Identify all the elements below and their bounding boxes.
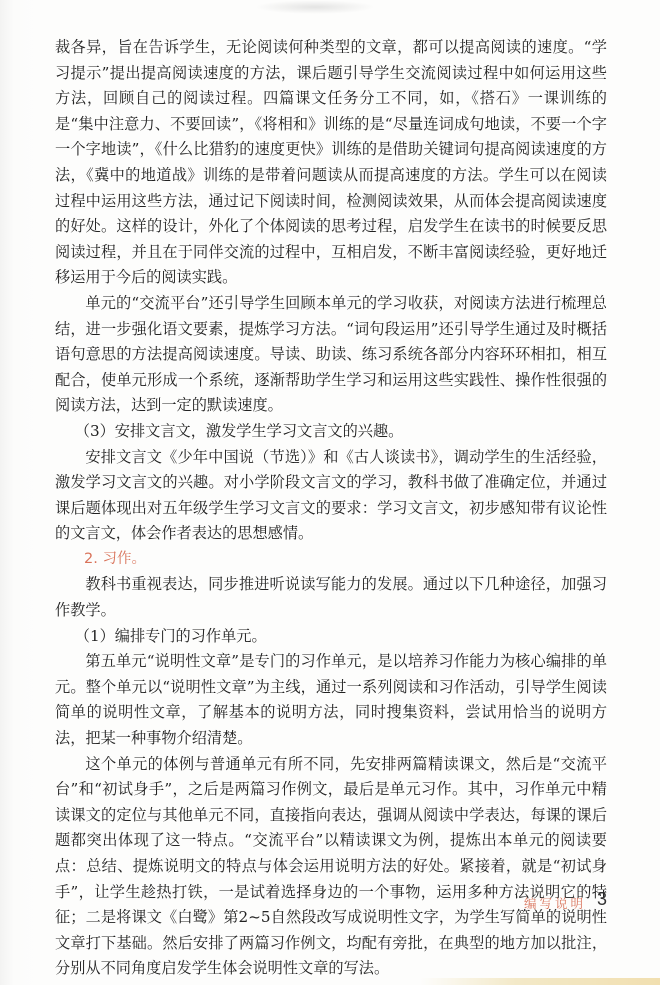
section-heading-writing: 2. 习作。 xyxy=(55,547,607,573)
subheading-classical-chinese: （3）安排文言文，激发学生学习文言文的兴趣。 xyxy=(55,419,607,445)
page-edge-shadow xyxy=(420,978,660,985)
paragraph-continuation: 裁各异，旨在告诉学生，无论阅读何种类型的文章，都可以提高阅读的速度。“学习提示”… xyxy=(55,35,607,291)
body-text: 裁各异，旨在告诉学生，无论阅读何种类型的文章，都可以提高阅读的速度。“学习提示”… xyxy=(55,35,607,982)
paragraph-unit-five: 第五单元“说明性文章”是专门的习作单元，是以培养习作能力为核心编排的单元。整个单… xyxy=(55,649,607,751)
document-page: 裁各异，旨在告诉学生，无论阅读何种类型的文章，都可以提高阅读的速度。“学习提示”… xyxy=(0,0,660,985)
paragraph-writing-intro: 教科书重视表达，同步推进听说读写能力的发展。通过以下几种途径，加强习作教学。 xyxy=(55,572,607,623)
paragraph-unit-structure: 这个单元的体例与普通单元有所不同，先安排两篇精读课文，然后是“交流平台”和“初试… xyxy=(55,752,607,982)
subheading-writing-unit: （1）编排专门的习作单元。 xyxy=(55,624,607,650)
scan-smudge xyxy=(255,0,375,14)
paragraph-classical-chinese: 安排文言文《少年中国说（节选）》和《古人谈读书》，调动学生的生活经验，激发学习文… xyxy=(55,445,607,547)
paragraph-exchange-platform: 单元的“交流平台”还引导学生回顾本单元的学习收获，对阅读方法进行梳理总结，进一步… xyxy=(55,291,607,419)
footer-section-label: 编写说明 xyxy=(524,894,586,912)
page-number: 3 xyxy=(597,889,607,910)
